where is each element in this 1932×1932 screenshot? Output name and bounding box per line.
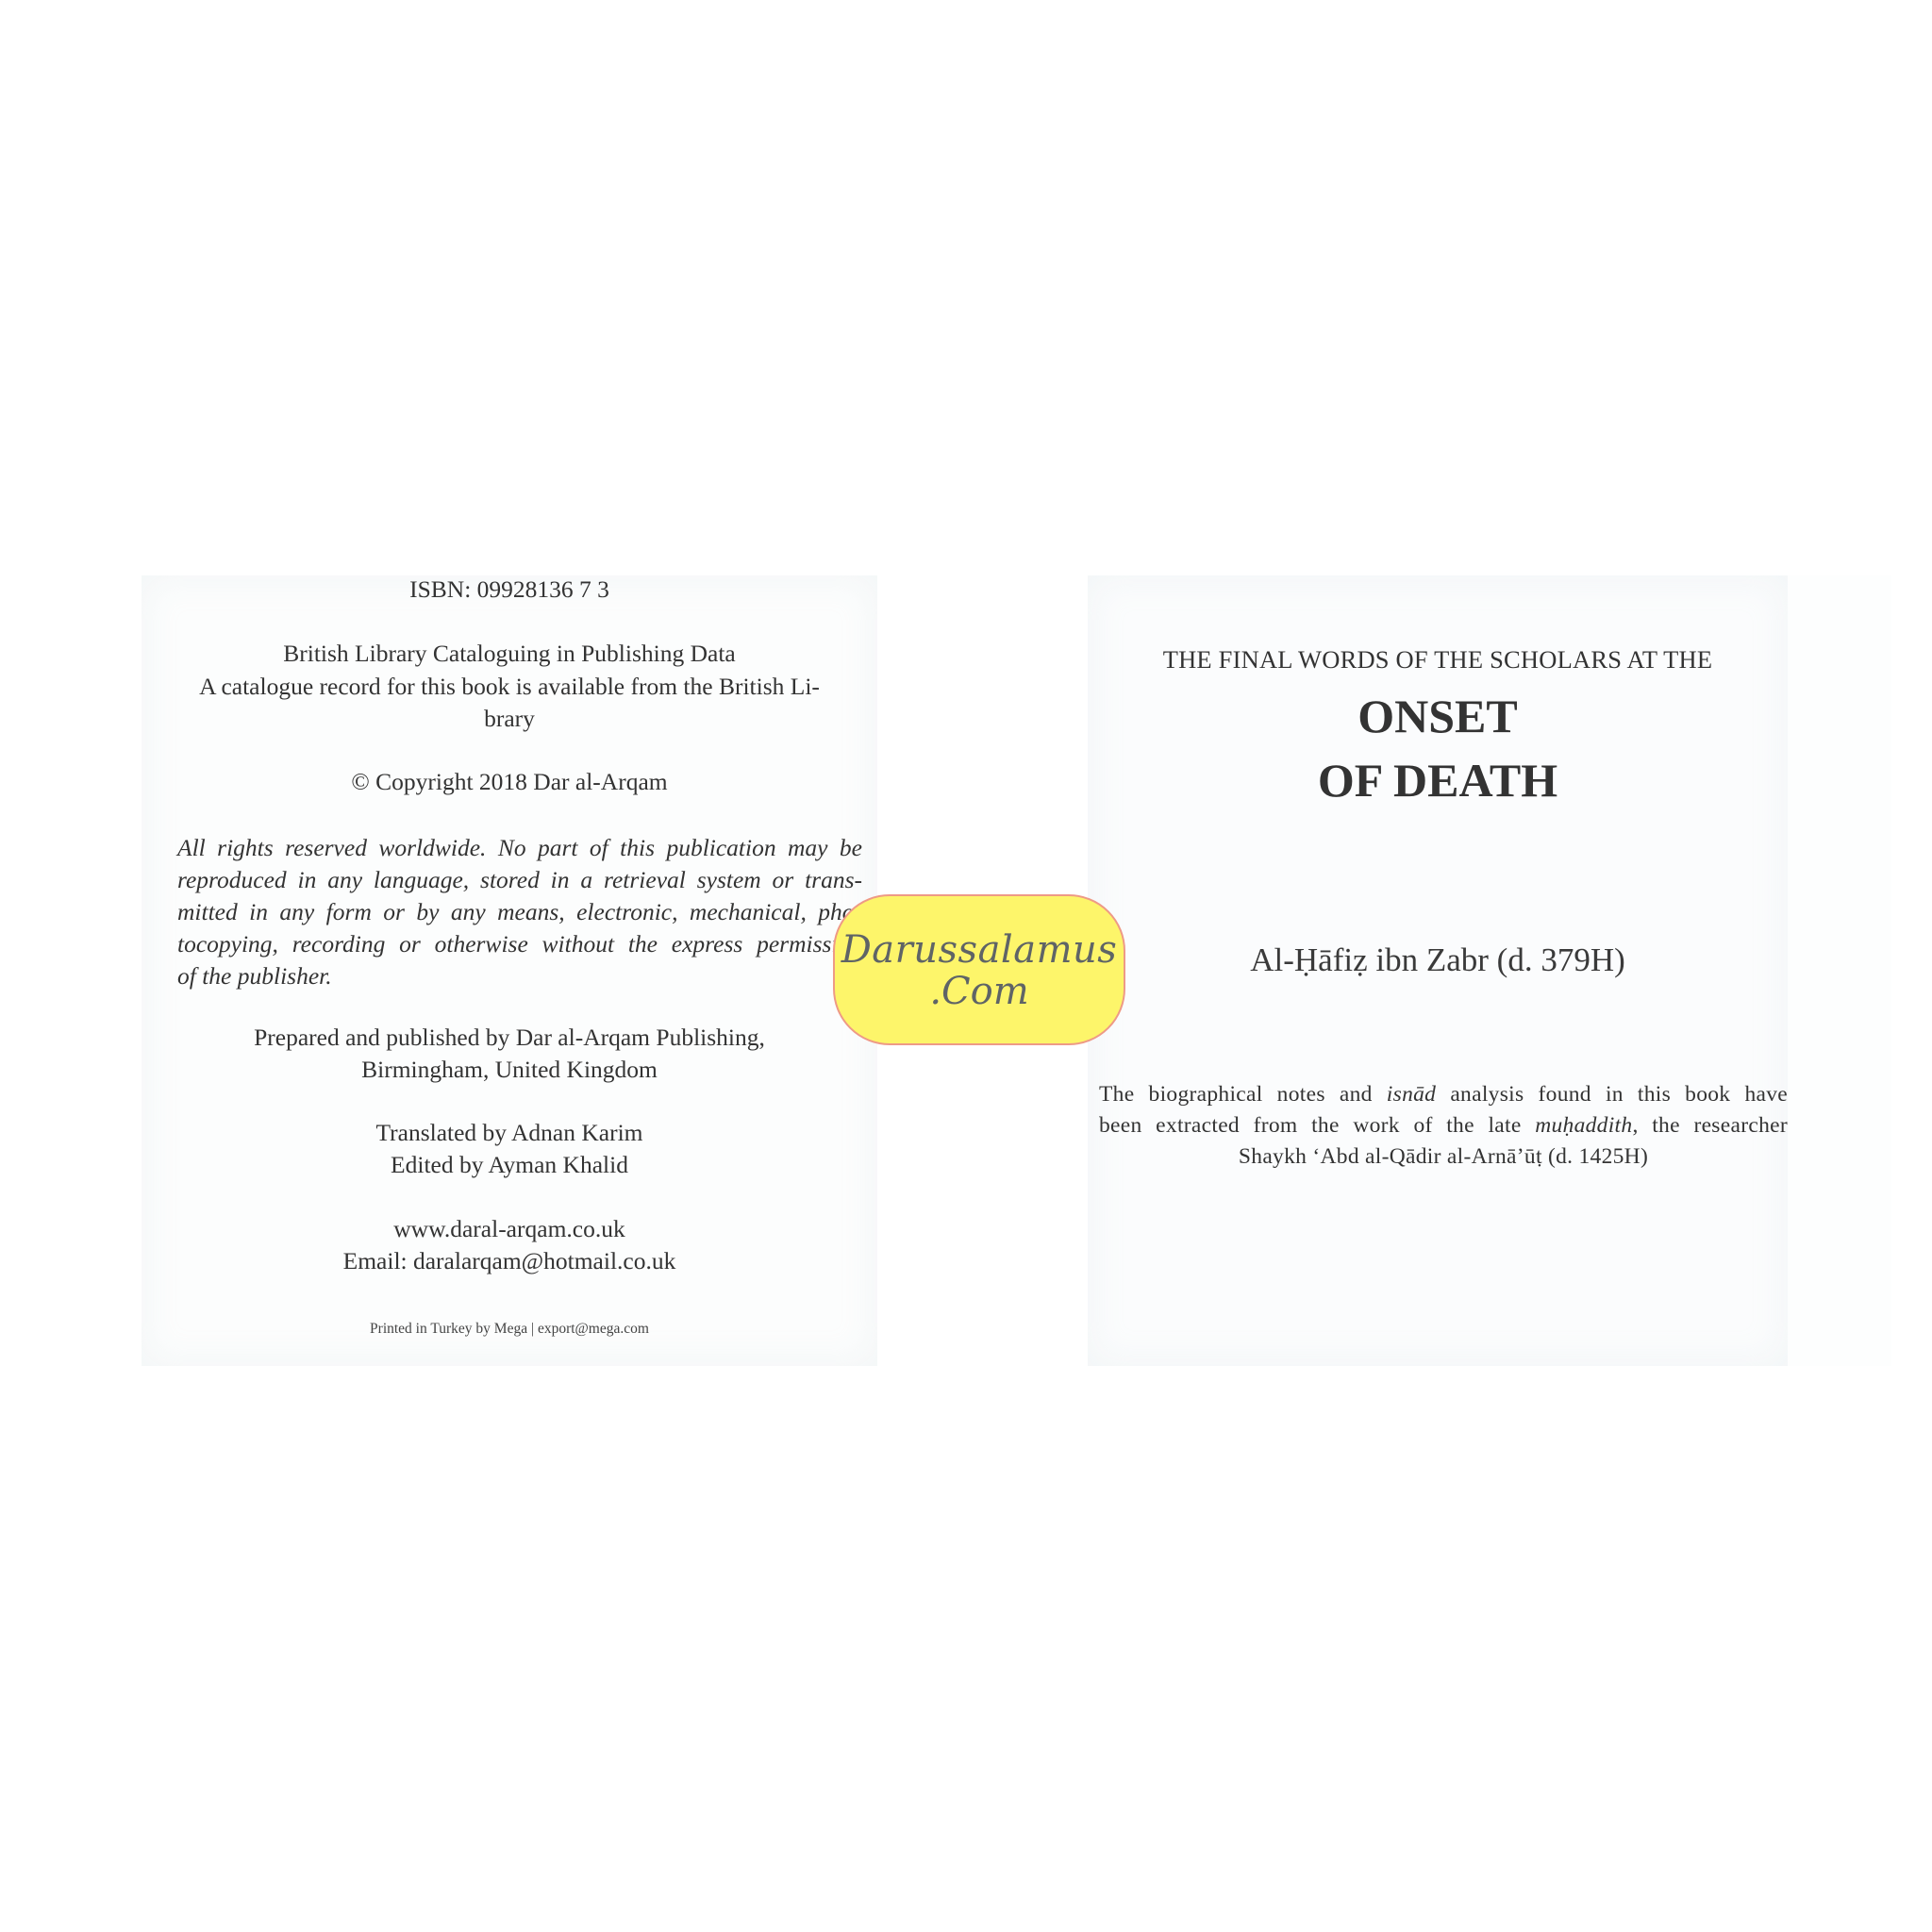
- rights-line: of the publisher.: [177, 960, 862, 992]
- copyright-page: ISBN: 09928136 7 3 British Library Catal…: [142, 575, 877, 1366]
- rights-reserved-paragraph: All rights reserved worldwide. No part o…: [177, 832, 862, 992]
- email-contact[interactable]: Email: daralarqam@hotmail.co.uk: [142, 1247, 877, 1275]
- website-link[interactable]: www.daral-arqam.co.uk: [142, 1215, 877, 1243]
- author-name: Al-Ḥāfiẓ ibn Zabr (d. 379H): [1088, 941, 1788, 979]
- note-line: been extracted from the work of the late…: [1099, 1110, 1788, 1141]
- watermark-badge: Darussalamus .Com: [833, 894, 1125, 1045]
- rights-line: mitted in any form or by any means, elec…: [177, 896, 862, 928]
- rights-line: tocopying, recording or otherwise withou…: [177, 928, 862, 960]
- note-term: muḥaddith: [1535, 1113, 1632, 1138]
- publisher-line: Prepared and published by Dar al-Arqam P…: [142, 1024, 877, 1052]
- note-term: isnād: [1387, 1082, 1436, 1107]
- note-line: The biographical notes and isnād analysi…: [1099, 1079, 1788, 1110]
- editor-credit: Edited by Ayman Khalid: [142, 1151, 877, 1179]
- book-title: OF DEATH: [1088, 753, 1788, 808]
- translator-credit: Translated by Adnan Karim: [142, 1119, 877, 1147]
- rights-line: reproduced in any language, stored in a …: [177, 864, 862, 896]
- cataloguing-heading: British Library Cataloguing in Publishin…: [142, 640, 877, 668]
- book-title: ONSET: [1088, 689, 1788, 743]
- title-page: THE FINAL WORDS OF THE SCHOLARS AT THE O…: [1088, 575, 1788, 1366]
- source-note: The biographical notes and isnād analysi…: [1099, 1079, 1788, 1173]
- page-edge: [1788, 575, 1891, 1366]
- publisher-location: Birmingham, United Kingdom: [142, 1056, 877, 1084]
- book-subtitle: THE FINAL WORDS OF THE SCHOLARS AT THE: [1088, 645, 1788, 675]
- watermark-text: Darussalamus: [835, 928, 1124, 972]
- isbn: ISBN: 09928136 7 3: [142, 575, 877, 604]
- note-line: Shaykh ‘Abd al-Qādir al-Arnā’ūṭ (d. 1425…: [1099, 1141, 1788, 1173]
- note-text: The biographical notes and: [1099, 1082, 1387, 1107]
- note-text: analysis found in this book have: [1436, 1082, 1788, 1107]
- cataloguing-line: brary: [142, 705, 877, 733]
- cataloguing-line: A catalogue record for this book is avai…: [142, 673, 877, 701]
- rights-line: All rights reserved worldwide. No part o…: [177, 832, 862, 864]
- printer-info: Printed in Turkey by Mega | export@mega.…: [142, 1321, 877, 1338]
- watermark-text: .Com: [835, 970, 1124, 1013]
- note-text: been extracted from the work of the late: [1099, 1113, 1535, 1138]
- copyright-notice: © Copyright 2018 Dar al-Arqam: [142, 768, 877, 796]
- note-text: , the researcher: [1632, 1113, 1788, 1138]
